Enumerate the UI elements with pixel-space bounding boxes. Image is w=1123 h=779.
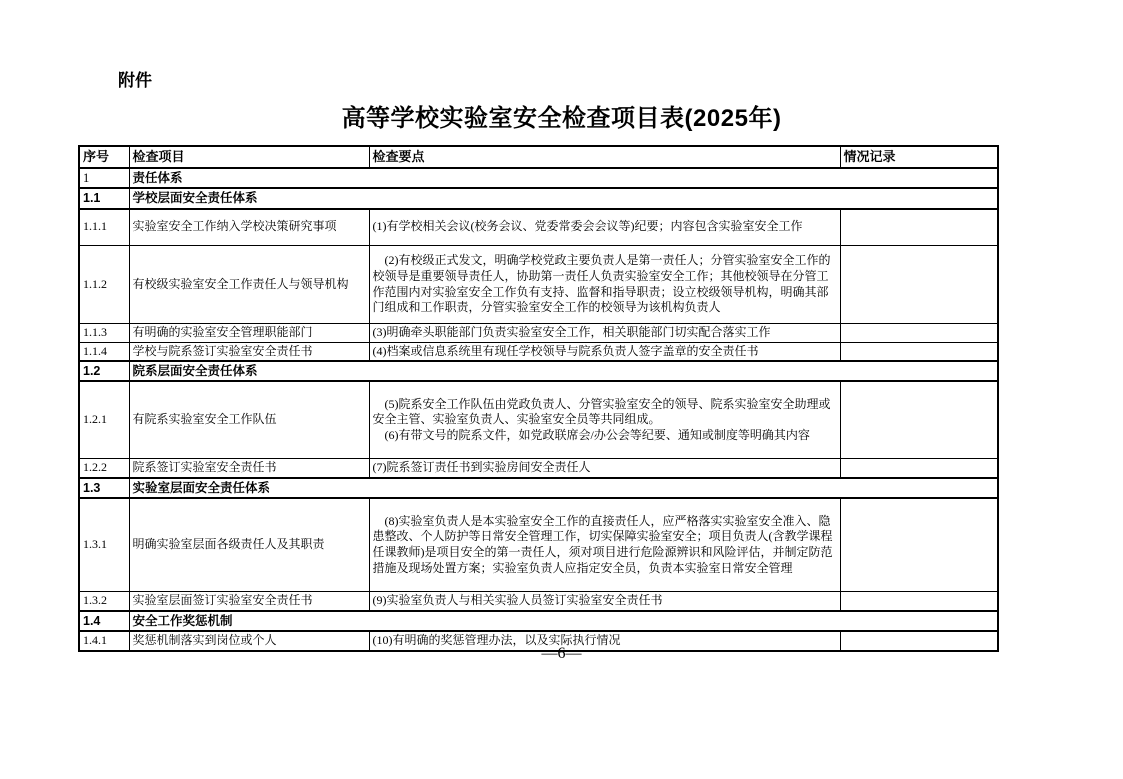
row-record xyxy=(840,458,998,477)
row-points: (4)档案或信息系统里有现任学校领导与院系负责人签字盖章的安全责任书 xyxy=(369,342,840,361)
row-item: 有院系实验室安全工作队伍 xyxy=(129,381,369,458)
section-row-1-2: 1.2 院系层面安全责任体系 xyxy=(79,361,998,381)
row-points: (3)明确牵头职能部门负责实验室安全工作，相关职能部门切实配合落实工作 xyxy=(369,324,840,343)
row-item: 有明确的实验室安全管理职能部门 xyxy=(129,324,369,343)
page-number: —6— xyxy=(0,645,1123,663)
header-record: 情况记录 xyxy=(840,146,998,168)
header-item: 检查项目 xyxy=(129,146,369,168)
attachment-label: 附件 xyxy=(118,66,152,91)
row-serial: 1.1.1 xyxy=(79,209,129,246)
section-title: 学校层面安全责任体系 xyxy=(129,188,998,208)
section-row-1-4: 1.4 安全工作奖惩机制 xyxy=(79,611,998,631)
row-record xyxy=(840,342,998,361)
row-serial: 1.2.2 xyxy=(79,458,129,477)
row-points: (2)有校级正式发文，明确学校党政主要负责人是第一责任人；分管实验室安全工作的校… xyxy=(369,246,840,324)
row-points: (5)院系安全工作队伍由党政负责人、分管实验室安全的领导、院系实验室安全助理或安… xyxy=(369,381,840,458)
row-record xyxy=(840,381,998,458)
table-row-1-2-1: 1.2.1 有院系实验室安全工作队伍 (5)院系安全工作队伍由党政负责人、分管实… xyxy=(79,381,998,458)
row-serial: 1.1.2 xyxy=(79,246,129,324)
table-row-1-1-2: 1.1.2 有校级实验室安全工作责任人与领导机构 (2)有校级正式发文，明确学校… xyxy=(79,246,998,324)
row-serial: 1.2.1 xyxy=(79,381,129,458)
page-title: 高等学校实验室安全检查项目表(2025年) xyxy=(0,98,1123,133)
inspection-table: 序号 检查项目 检查要点 情况记录 1 责任体系 1.1 学校层面安全责任体系 … xyxy=(78,145,999,652)
row-points: (1)有学校相关会议(校务会议、党委常委会会议等)纪要；内容包含实验室安全工作 xyxy=(369,209,840,246)
row-item: 实验室层面签订实验室安全责任书 xyxy=(129,592,369,611)
table-row-1-1-1: 1.1.1 实验室安全工作纳入学校决策研究事项 (1)有学校相关会议(校务会议、… xyxy=(79,209,998,246)
row-item: 学校与院系签订实验室安全责任书 xyxy=(129,342,369,361)
table-row-1-3-2: 1.3.2 实验室层面签订实验室安全责任书 (9)实验室负责人与相关实验人员签订… xyxy=(79,592,998,611)
row-record xyxy=(840,209,998,246)
row-serial: 1.1.3 xyxy=(79,324,129,343)
row-serial: 1.1.4 xyxy=(79,342,129,361)
row-points: (8)实验室负责人是本实验室安全工作的直接责任人，应严格落实实验室安全准入、隐患… xyxy=(369,498,840,592)
section-row-1-1: 1.1 学校层面安全责任体系 xyxy=(79,188,998,208)
section-title: 院系层面安全责任体系 xyxy=(129,361,998,381)
row-record xyxy=(840,498,998,592)
table-row-1-1-4: 1.1.4 学校与院系签订实验室安全责任书 (4)档案或信息系统里有现任学校领导… xyxy=(79,342,998,361)
section-title: 实验室层面安全责任体系 xyxy=(129,478,998,498)
row-serial: 1.3.2 xyxy=(79,592,129,611)
header-points: 检查要点 xyxy=(369,146,840,168)
row-item: 明确实验室层面各级责任人及其职责 xyxy=(129,498,369,592)
section-row-1-3: 1.3 实验室层面安全责任体系 xyxy=(79,478,998,498)
row-serial: 1.2 xyxy=(79,361,129,381)
row-serial: 1.1 xyxy=(79,188,129,208)
row-record xyxy=(840,324,998,343)
row-points: (7)院系签订责任书到实验房间安全责任人 xyxy=(369,458,840,477)
row-record xyxy=(840,246,998,324)
row-item: 院系签订实验室安全责任书 xyxy=(129,458,369,477)
table-header-row: 序号 检查项目 检查要点 情况记录 xyxy=(79,146,998,168)
row-item: 实验室安全工作纳入学校决策研究事项 xyxy=(129,209,369,246)
row-item: 有校级实验室安全工作责任人与领导机构 xyxy=(129,246,369,324)
row-serial: 1 xyxy=(79,168,129,188)
row-points: (9)实验室负责人与相关实验人员签订实验室安全责任书 xyxy=(369,592,840,611)
section-title: 责任体系 xyxy=(129,168,998,188)
header-serial: 序号 xyxy=(79,146,129,168)
table-row-1-2-2: 1.2.2 院系签订实验室安全责任书 (7)院系签订责任书到实验房间安全责任人 xyxy=(79,458,998,477)
row-record xyxy=(840,592,998,611)
row-serial: 1.3.1 xyxy=(79,498,129,592)
row-serial: 1.4 xyxy=(79,611,129,631)
section-title: 安全工作奖惩机制 xyxy=(129,611,998,631)
table-row-1-3-1: 1.3.1 明确实验室层面各级责任人及其职责 (8)实验室负责人是本实验室安全工… xyxy=(79,498,998,592)
row-serial: 1.3 xyxy=(79,478,129,498)
section-row-1: 1 责任体系 xyxy=(79,168,998,188)
table-row-1-1-3: 1.1.3 有明确的实验室安全管理职能部门 (3)明确牵头职能部门负责实验室安全… xyxy=(79,324,998,343)
